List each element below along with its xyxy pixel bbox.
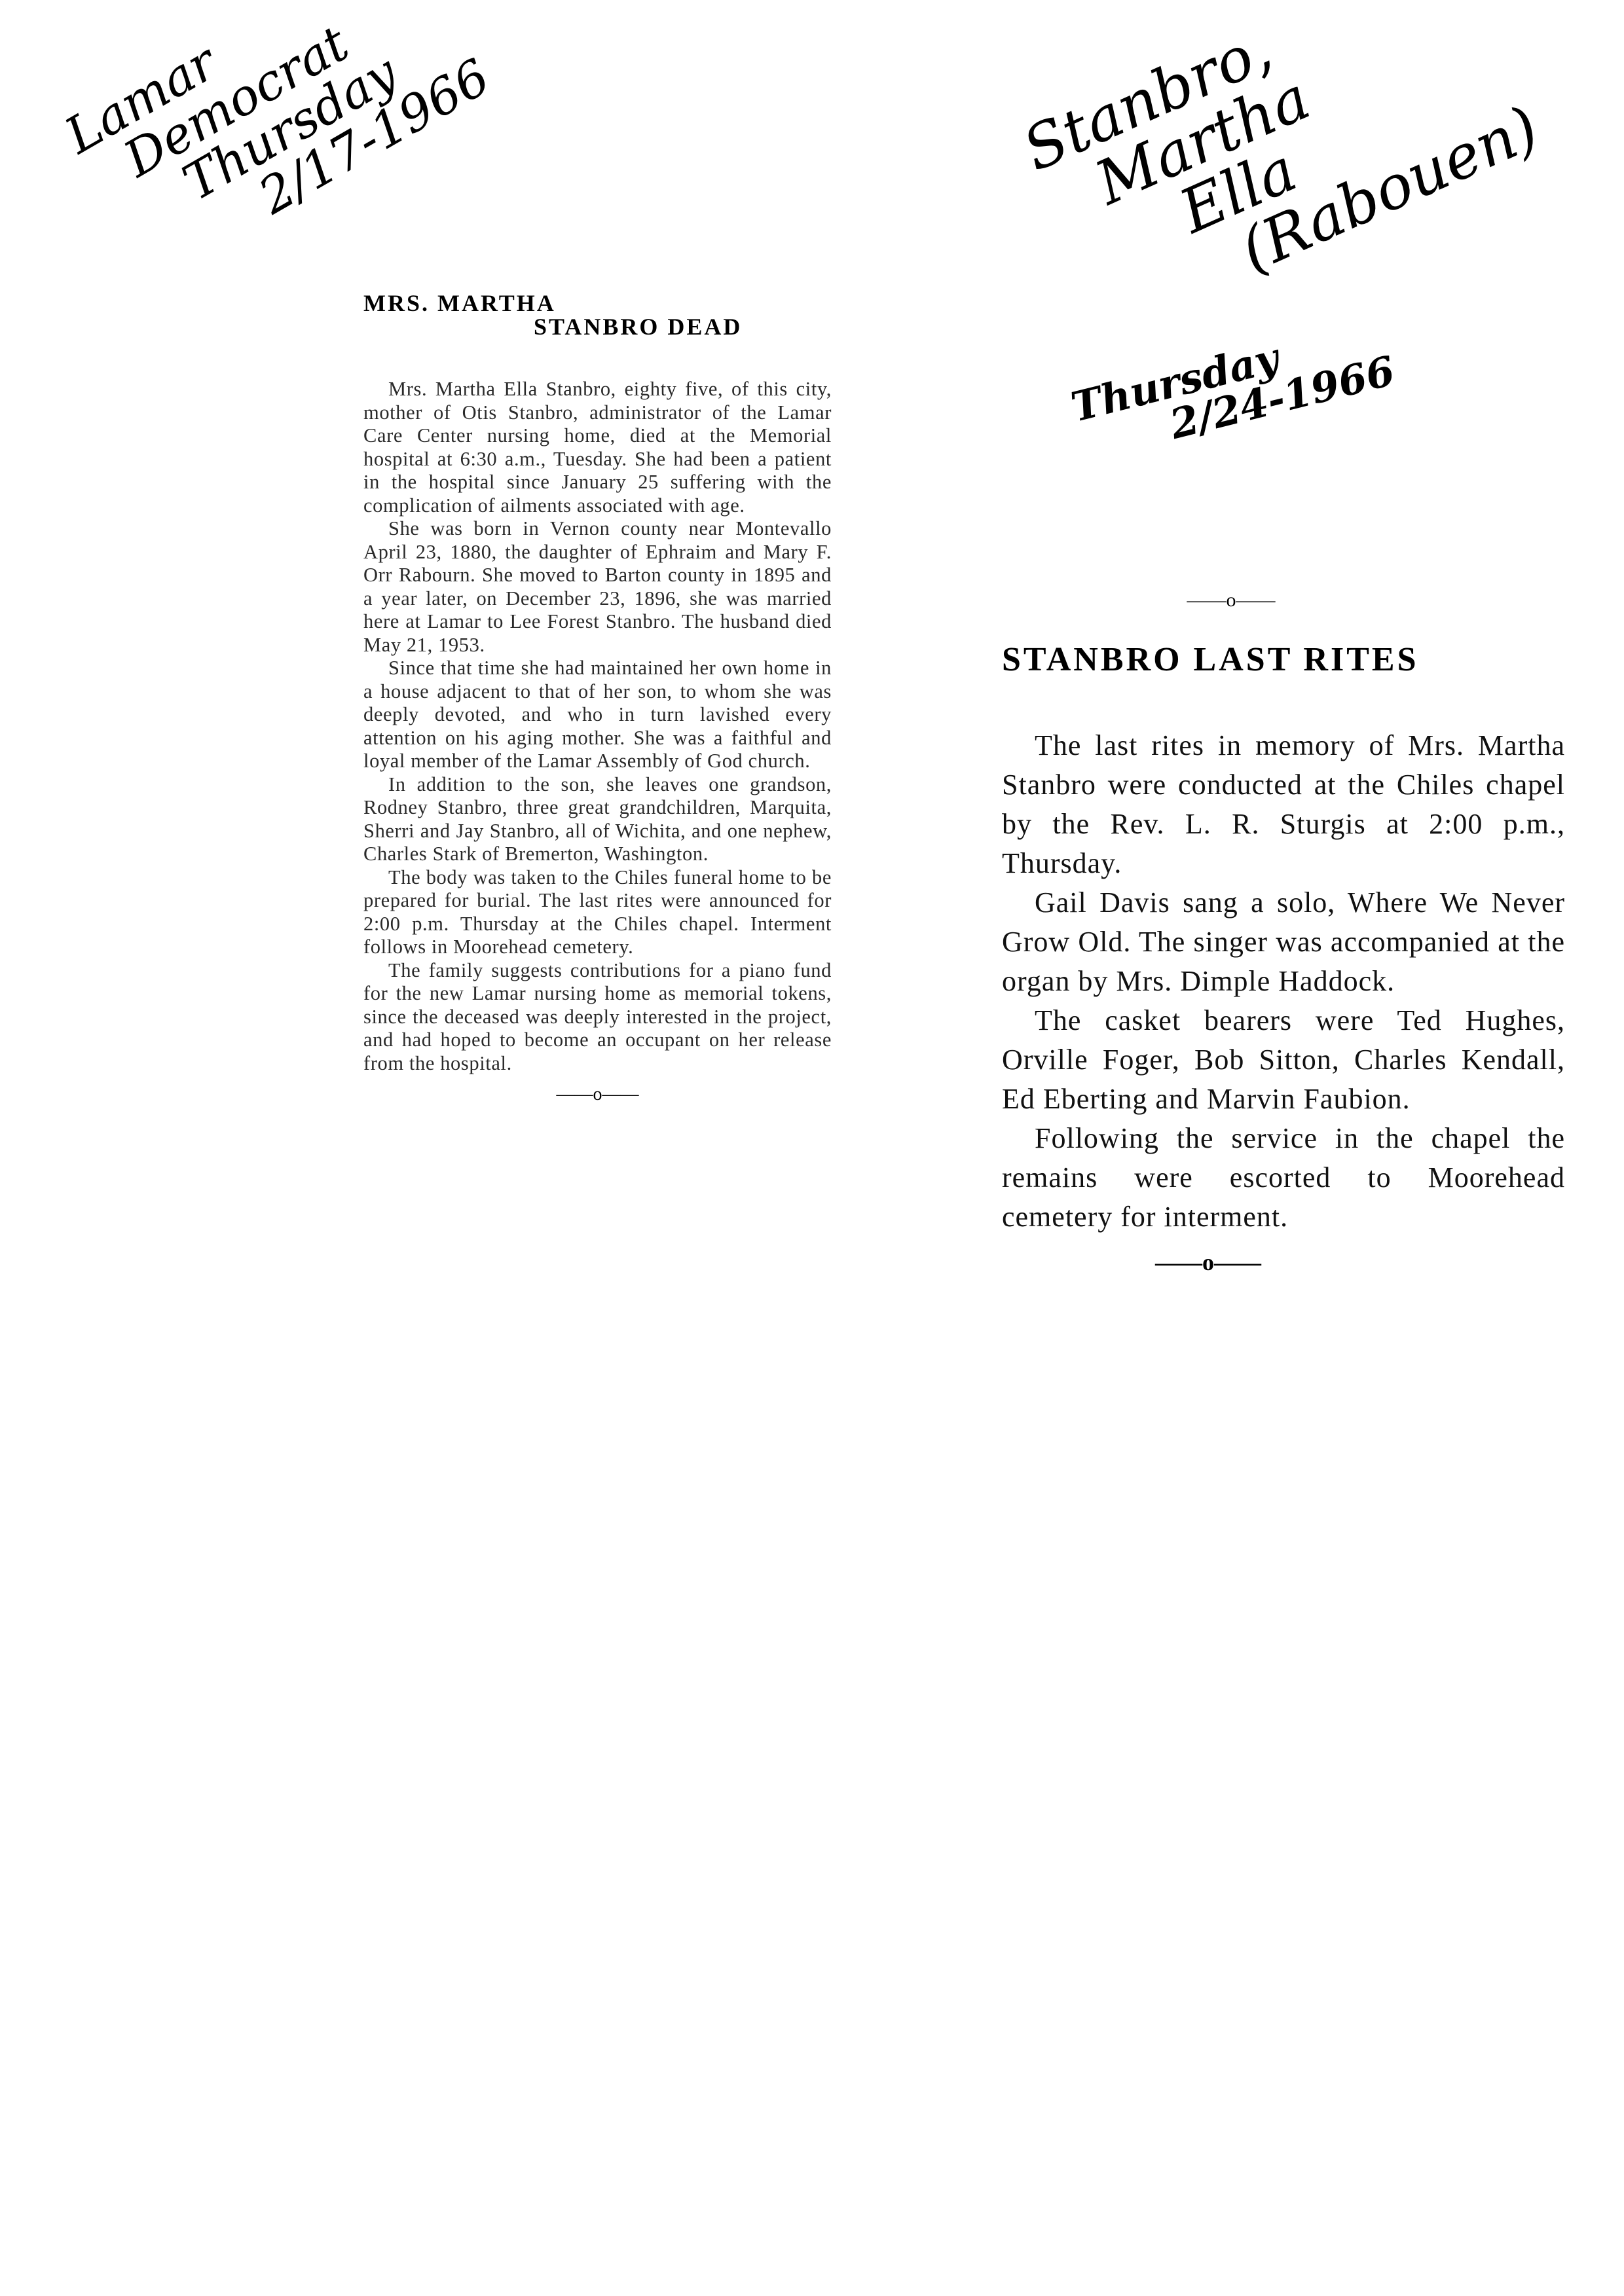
- section-divider: ——o——: [363, 1084, 832, 1105]
- obituary-body: Mrs. Martha Ella Stanbro, eighty five, o…: [363, 378, 832, 1075]
- section-divider: ——o——: [851, 1248, 1565, 1276]
- paragraph: The body was taken to the Chiles funeral…: [363, 866, 832, 959]
- paragraph: Gail Davis sang a solo, Where We Never G…: [1002, 883, 1565, 1001]
- last-rites-headline: STANBRO LAST RITES: [1002, 640, 1565, 679]
- paragraph: Following the service in the chapel the …: [1002, 1119, 1565, 1237]
- paragraph: The casket bearers were Ted Hughes, Orvi…: [1002, 1001, 1565, 1119]
- handwritten-source-note: Lamar Democrat Thursday 2/17-1966: [58, 0, 497, 291]
- headline-line: MRS. MARTHA: [363, 291, 832, 315]
- paragraph: Since that time she had maintained her o…: [363, 657, 832, 773]
- headline-line: STANBRO DEAD: [363, 315, 832, 338]
- obituary-clipping: MRS. MARTHA STANBRO DEAD Mrs. Martha Ell…: [363, 291, 832, 1105]
- paragraph: Mrs. Martha Ella Stanbro, eighty five, o…: [363, 378, 832, 517]
- paragraph: In addition to the son, she leaves one g…: [363, 773, 832, 866]
- obituary-headline: MRS. MARTHA STANBRO DEAD: [363, 291, 832, 338]
- paragraph: She was born in Vernon county near Monte…: [363, 517, 832, 657]
- last-rites-body: The last rites in memory of Mrs. Martha …: [1002, 726, 1565, 1237]
- paragraph: The family suggests contributions for a …: [363, 959, 832, 1076]
- handwritten-name-note: Stanbro, Martha Ella (Rabouen): [1015, 0, 1547, 346]
- paragraph: The last rites in memory of Mrs. Martha …: [1002, 726, 1565, 883]
- last-rites-clipping: ——o—— STANBRO LAST RITES The last rites …: [1002, 589, 1565, 1276]
- section-divider: ——o——: [897, 589, 1565, 611]
